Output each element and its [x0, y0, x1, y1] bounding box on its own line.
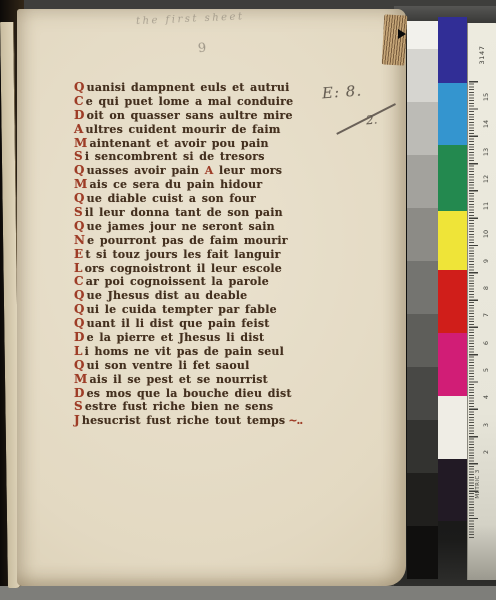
- color-patch-strip: [438, 17, 467, 521]
- ruler-number: 8: [482, 282, 490, 294]
- manuscript-line: Que Jhesus dist au deable: [74, 288, 354, 302]
- manuscript-line: Des mos que la bouche dieu dist: [74, 385, 354, 399]
- manuscript-line: Ce qui puet lome a mal conduire: [74, 94, 354, 108]
- manuscript-page: the first sheet 9 E: 8. 2. Quanisi dampn…: [17, 9, 406, 586]
- grayscale-step: [407, 102, 438, 155]
- manuscript-line: Sil leur donna tant de son pain: [74, 205, 354, 219]
- manuscript-line: Qui son ventre li fet saoul: [74, 358, 354, 372]
- pencil-inscription: the first sheet: [136, 8, 326, 27]
- manuscript-line: Maintenant et avoir pou pain: [74, 135, 354, 149]
- ruler-code: 3147: [478, 43, 486, 67]
- ruler-number: 7: [482, 309, 490, 321]
- manuscript-line: Aultres cuident mourir de faim: [74, 121, 354, 135]
- manuscript-line: Quasses avoir pain A leur mors: [74, 163, 354, 177]
- ruler-number: 3: [482, 419, 490, 431]
- manuscript-line: Jhesucrist fust riche tout temps~..: [74, 413, 354, 427]
- text-block: Quanisi dampnent euls et autruiCe qui pu…: [74, 80, 354, 427]
- manuscript-photo: the first sheet 9 E: 8. 2. Quanisi dampn…: [0, 0, 496, 600]
- shelfmark-secondary: 2.: [366, 113, 378, 128]
- color-patch-green: [438, 145, 467, 211]
- ruler-number: 12: [482, 173, 490, 185]
- grayscale-step: [407, 49, 438, 102]
- manuscript-line: De la pierre et Jhesus li dist: [74, 330, 354, 344]
- ruler-number: 13: [482, 146, 490, 158]
- fore-edge-texture: [382, 14, 408, 65]
- ruler-number: 14: [482, 118, 490, 130]
- grayscale-step: [407, 261, 438, 314]
- grayscale-step: [407, 367, 438, 420]
- grayscale-step: [407, 420, 438, 473]
- manuscript-line: Lors cognoistront il leur escole: [74, 260, 354, 274]
- ruler-number: 9: [482, 255, 490, 267]
- manuscript-line: Sestre fust riche bien ne sens: [74, 399, 354, 413]
- grayscale-strip: [407, 21, 438, 579]
- manuscript-line: Quanisi dampnent euls et autrui: [74, 80, 354, 94]
- color-patch-yellow: [438, 211, 467, 270]
- manuscript-line: Mais il se pest et se nourrist: [74, 371, 354, 385]
- manuscript-line: Car poi cognoissent la parole: [74, 274, 354, 288]
- grayscale-step: [407, 155, 438, 208]
- color-patch-blue: [438, 17, 467, 83]
- manuscript-line: Et si touz jours les fait languir: [74, 246, 354, 260]
- grayscale-step: [407, 208, 438, 261]
- grayscale-step: [407, 526, 438, 579]
- grayscale-step: [407, 473, 438, 526]
- manuscript-line: Si sencombrent si de tresors: [74, 149, 354, 163]
- folio-number: 9: [197, 41, 207, 57]
- ruler-number: 2: [482, 446, 490, 458]
- manuscript-line: Que james jour ne seront sain: [74, 219, 354, 233]
- table-surface: [0, 586, 496, 600]
- color-patch-red: [438, 270, 467, 333]
- ruler-number: 11: [482, 200, 490, 212]
- ruler-number: 10: [482, 228, 490, 240]
- ruler-metric-label: METRIC 3: [475, 465, 481, 503]
- manuscript-line: Doit on quasser sans aultre mire: [74, 108, 354, 122]
- color-patch-black: [438, 459, 467, 521]
- manuscript-line: Que diable cuist a son four: [74, 191, 354, 205]
- color-patch-magenta: [438, 333, 467, 396]
- color-patch-white: [438, 396, 467, 459]
- manuscript-line: Li homs ne vit pas de pain seul: [74, 344, 354, 358]
- metric-ruler: 3147 METRIC 3 15141312111098765432: [467, 23, 496, 580]
- ruler-number: 6: [482, 337, 490, 349]
- manuscript-line: Mais ce sera du pain hidour: [74, 177, 354, 191]
- manuscript-line: Ne pourront pas de faim mourir: [74, 233, 354, 247]
- ruler-number: 4: [482, 391, 490, 403]
- grayscale-step: [407, 21, 438, 49]
- manuscript-line: Qui le cuida tempter par fable: [74, 302, 354, 316]
- arrow-marker-icon: [398, 29, 406, 39]
- grayscale-step: [407, 314, 438, 367]
- ruler-number: 15: [482, 91, 490, 103]
- color-patch-cyan: [438, 83, 467, 145]
- manuscript-line: Quant il li dist que pain feist: [74, 316, 354, 330]
- ruler-number: 5: [482, 364, 490, 376]
